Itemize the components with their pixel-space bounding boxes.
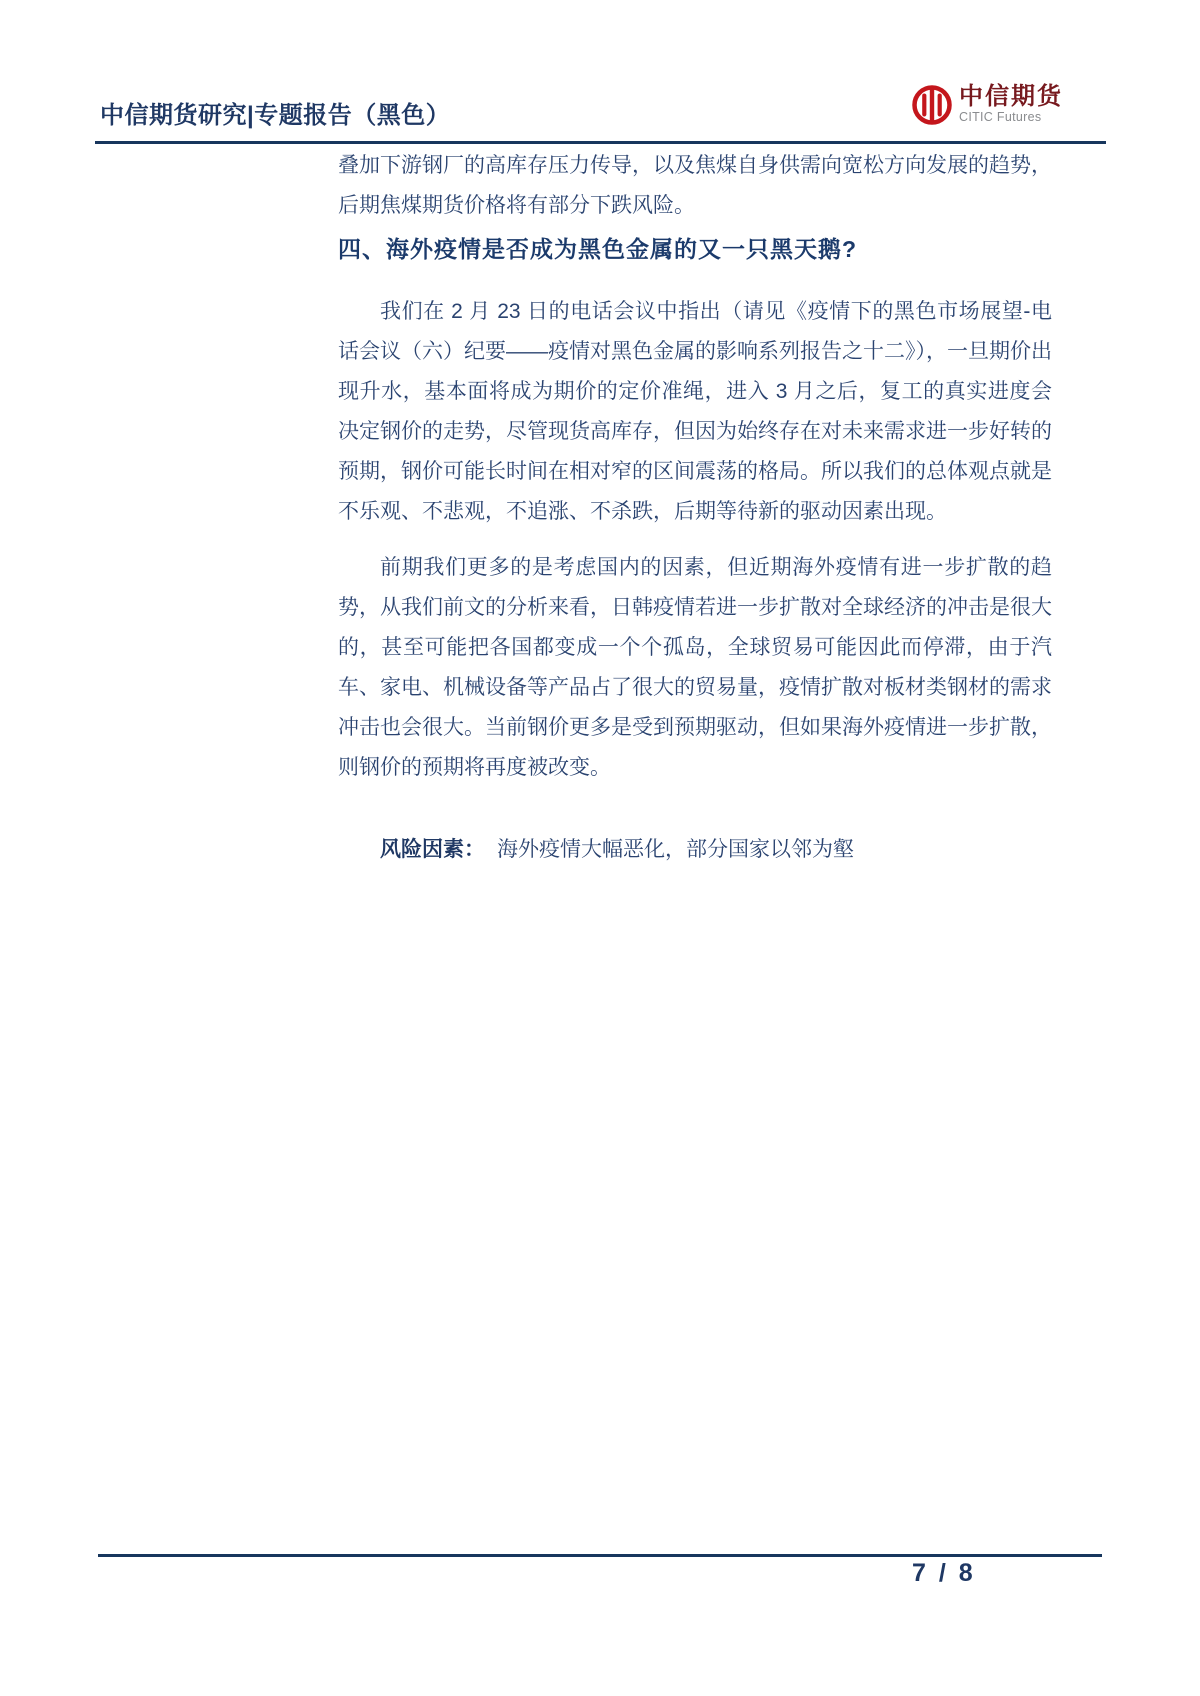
risk-factor-text: 海外疫情大幅恶化，部分国家以邻为壑 xyxy=(497,838,854,861)
body-paragraph-continuation: 叠加下游钢厂的高库存压力传导，以及焦煤自身供需向宽松方向发展的趋势，后期焦煤期货… xyxy=(338,146,1052,226)
citic-circle-logo-icon xyxy=(912,85,952,125)
logo-english-name: CITIC Futures xyxy=(959,110,1063,125)
page-number: 7 / 8 xyxy=(912,1559,976,1588)
citic-futures-logo: 中信期货 CITIC Futures xyxy=(912,84,1063,125)
logo-text-block: 中信期货 CITIC Futures xyxy=(959,84,1063,125)
footer-divider-rule xyxy=(98,1554,1102,1557)
risk-factor-label: 风险因素： xyxy=(380,838,485,861)
body-paragraph: 前期我们更多的是考虑国内的因素，但近期海外疫情有进一步扩散的趋势，从我们前文的分… xyxy=(338,548,1052,788)
body-paragraph: 我们在 2 月 23 日的电话会议中指出（请见《疫情下的黑色市场展望-电话会议（… xyxy=(338,292,1052,532)
report-header-title: 中信期货研究|专题报告（黑色） xyxy=(100,95,450,130)
section-heading: 四、海外疫情是否成为黑色金属的又一只黑天鹅? xyxy=(338,231,857,264)
risk-factor-line: 风险因素：海外疫情大幅恶化，部分国家以邻为壑 xyxy=(338,830,1052,870)
logo-chinese-name: 中信期货 xyxy=(959,84,1063,110)
report-page: 中信期货研究|专题报告（黑色） 中信期货 CITIC Futures 叠加下游钢… xyxy=(0,0,1200,1696)
header-divider-rule xyxy=(95,141,1106,144)
